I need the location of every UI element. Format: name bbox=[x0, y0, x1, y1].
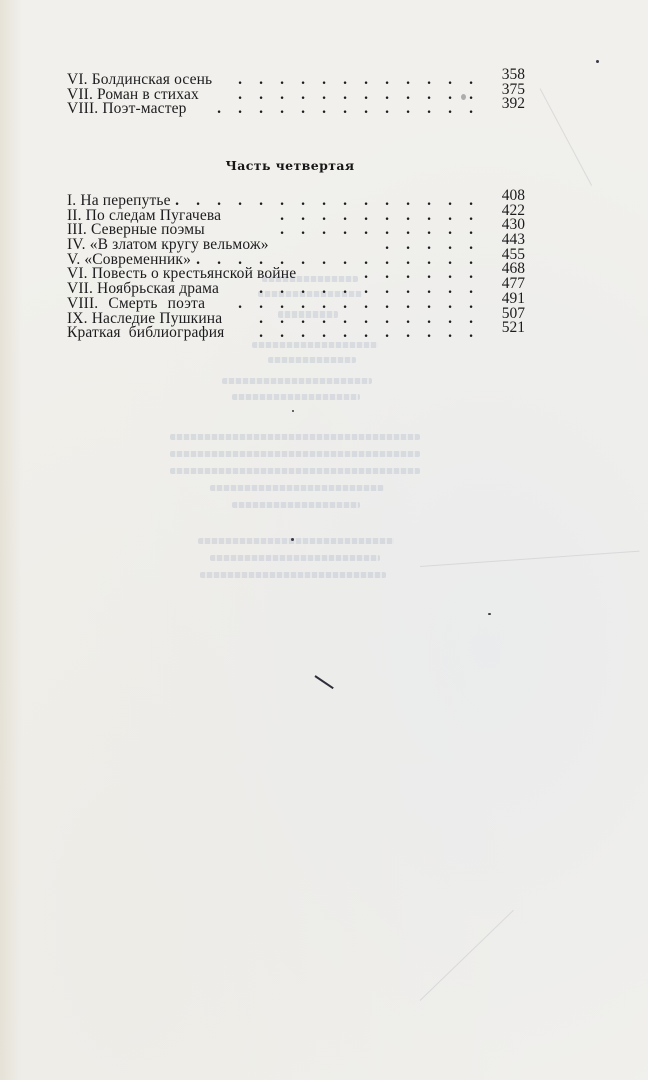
toc-entry: V. «Современник» .............. 455 bbox=[67, 252, 527, 267]
toc-entry: VIII. Смерть поэта ............ 491 bbox=[67, 296, 527, 311]
toc-entry: III. Северные поэмы .......... 430 bbox=[67, 222, 527, 237]
paper-speck bbox=[488, 613, 491, 615]
toc-entry: I. На перепутье ............... 408 bbox=[67, 193, 527, 208]
toc-entry: VI. Повесть о крестьянской войне ...... … bbox=[67, 266, 527, 281]
toc-entry: VII. Роман в стихах ............ 375 bbox=[67, 87, 527, 102]
dot-leader: ............. bbox=[200, 102, 473, 117]
dot-leader: ........... bbox=[242, 326, 473, 341]
dot-leader: ........... bbox=[242, 282, 473, 297]
section-heading: Часть четвертая bbox=[0, 158, 580, 173]
toc-list-part-four: I. На перепутье ............... 408 II. … bbox=[67, 193, 527, 340]
toc-entry-page: 521 bbox=[497, 321, 525, 336]
toc-entry: II. По следам Пугачева .......... 422 bbox=[67, 208, 527, 223]
toc-entry: VI. Болдинская осень ............ 358 bbox=[67, 72, 527, 87]
paper-mark bbox=[314, 675, 333, 689]
toc-entry: Краткая библиография ........... 521 bbox=[67, 325, 527, 340]
paper-crease bbox=[420, 910, 514, 1001]
toc-entry: IX. Наследие Пушкина ........... 507 bbox=[67, 311, 527, 326]
book-page: VI. Болдинская осень ............ 358 VI… bbox=[0, 0, 648, 1080]
dot-leader: .......... bbox=[263, 223, 473, 238]
paper-speck bbox=[292, 410, 294, 412]
dot-leader: ..... bbox=[368, 238, 473, 253]
paper-speck bbox=[291, 538, 294, 541]
toc-entry: VIII. Поэт-мастер ............. 392 bbox=[67, 101, 527, 116]
paper-crease bbox=[420, 551, 640, 567]
toc-entry: IV. «В златом кругу вельмож» ..... 443 bbox=[67, 237, 527, 252]
dot-leader: .......... bbox=[263, 209, 473, 224]
toc-entry: VII. Ноябрьская драма ........... 477 bbox=[67, 281, 527, 296]
toc-entry-page: 392 bbox=[497, 97, 525, 112]
paper-speck bbox=[596, 60, 599, 63]
dot-leader: ........... bbox=[242, 312, 473, 327]
toc-entry-title: VIII. Поэт-мастер bbox=[67, 102, 187, 117]
toc-entry-title: Краткая библиография bbox=[67, 326, 224, 341]
toc-list-previous-part: VI. Болдинская осень ............ 358 VI… bbox=[67, 72, 527, 116]
